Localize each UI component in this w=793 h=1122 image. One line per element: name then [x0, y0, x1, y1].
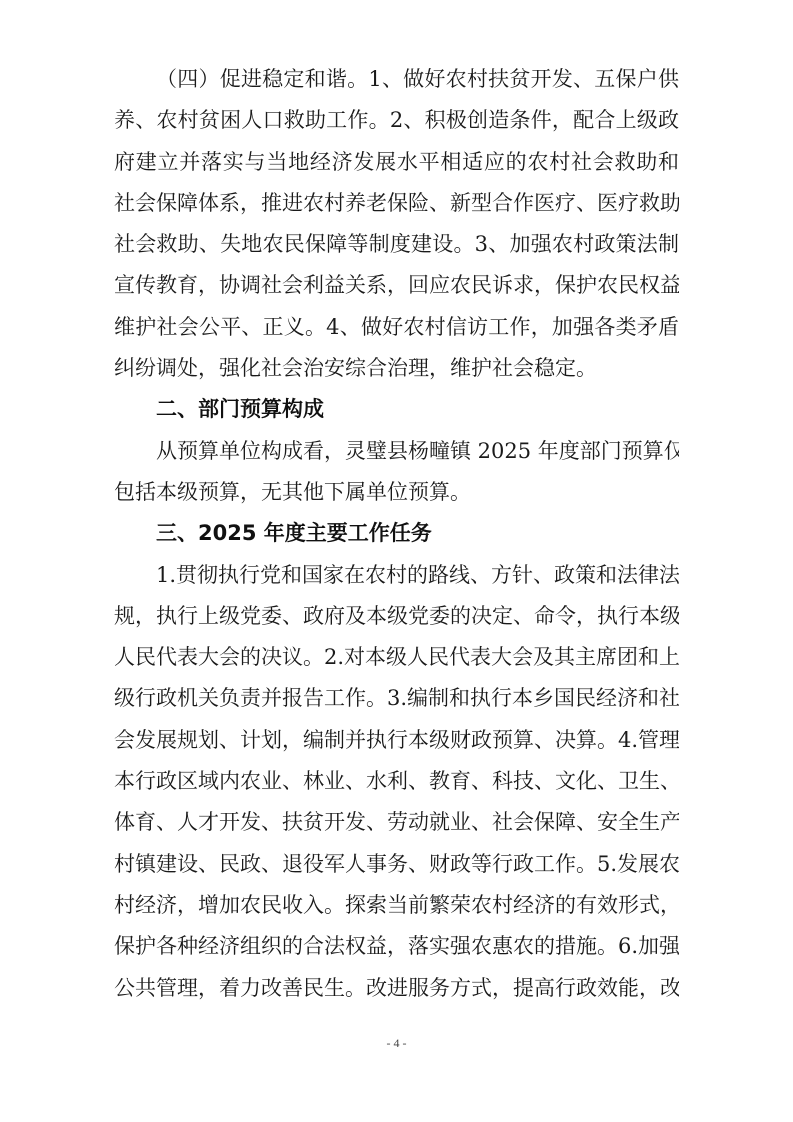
- text-line: 宣传教育，协调社会利益关系，回应农民诉求，保护农民权益，: [114, 265, 679, 306]
- text-line: 纠纷调处，强化社会治安综合治理，维护社会稳定。: [114, 348, 679, 389]
- document-body: （四）促进稳定和谐。1、做好农村扶贫开发、五保户供 养、农村贫困人口救助工作。2…: [114, 59, 679, 1009]
- text-line: 1.贯彻执行党和国家在农村的路线、方针、政策和法律法: [114, 555, 679, 596]
- text-line: 级行政机关负责并报告工作。3.编制和执行本乡国民经济和社: [114, 678, 679, 719]
- text-line: 社会救助、失地农民保障等制度建设。3、加强农村政策法制: [114, 224, 679, 265]
- text-line: （四）促进稳定和谐。1、做好农村扶贫开发、五保户供: [114, 59, 679, 100]
- text-line: 从预算单位构成看，灵璧县杨疃镇 2025 年度部门预算仅: [114, 431, 679, 472]
- text-line: 人民代表大会的决议。2.对本级人民代表大会及其主席团和上: [114, 637, 679, 678]
- text-line: 维护社会公平、正义。4、做好农村信访工作，加强各类矛盾: [114, 307, 679, 348]
- paragraph-budget-composition: 从预算单位构成看，灵璧县杨疃镇 2025 年度部门预算仅 包括本级预算，无其他下…: [114, 431, 679, 514]
- section-heading-budget-composition: 二、部门预算构成: [114, 389, 679, 430]
- paragraph-main-tasks: 1.贯彻执行党和国家在农村的路线、方针、政策和法律法 规，执行上级党委、政府及本…: [114, 555, 679, 1009]
- page-number: - 4 -: [0, 1036, 793, 1051]
- text-line: 包括本级预算，无其他下属单位预算。: [114, 472, 679, 513]
- section-heading-main-tasks: 三、2025 年度主要工作任务: [114, 513, 679, 554]
- text-line: 社会保障体系，推进农村养老保险、新型合作医疗、医疗救助、: [114, 183, 679, 224]
- text-line: 村经济，增加农民收入。探索当前繁荣农村经济的有效形式，: [114, 885, 679, 926]
- text-line: 公共管理，着力改善民生。改进服务方式，提高行政效能，改: [114, 968, 679, 1009]
- text-line: 养、农村贫困人口救助工作。2、积极创造条件，配合上级政: [114, 100, 679, 141]
- text-line: 规，执行上级党委、政府及本级党委的决定、命令，执行本级: [114, 596, 679, 637]
- paragraph-promote-stability: （四）促进稳定和谐。1、做好农村扶贫开发、五保户供 养、农村贫困人口救助工作。2…: [114, 59, 679, 389]
- text-line: 体育、人才开发、扶贫开发、劳动就业、社会保障、安全生产、: [114, 802, 679, 843]
- text-line: 府建立并落实与当地经济发展水平相适应的农村社会救助和: [114, 142, 679, 183]
- document-page: （四）促进稳定和谐。1、做好农村扶贫开发、五保户供 养、农村贫困人口救助工作。2…: [0, 0, 793, 1122]
- text-line: 保护各种经济组织的合法权益，落实强农惠农的措施。6.加强: [114, 926, 679, 967]
- text-line: 本行政区域内农业、林业、水利、教育、科技、文化、卫生、: [114, 761, 679, 802]
- text-line: 会发展规划、计划，编制并执行本级财政预算、决算。4.管理: [114, 720, 679, 761]
- text-line: 村镇建设、民政、退役军人事务、财政等行政工作。5.发展农: [114, 844, 679, 885]
